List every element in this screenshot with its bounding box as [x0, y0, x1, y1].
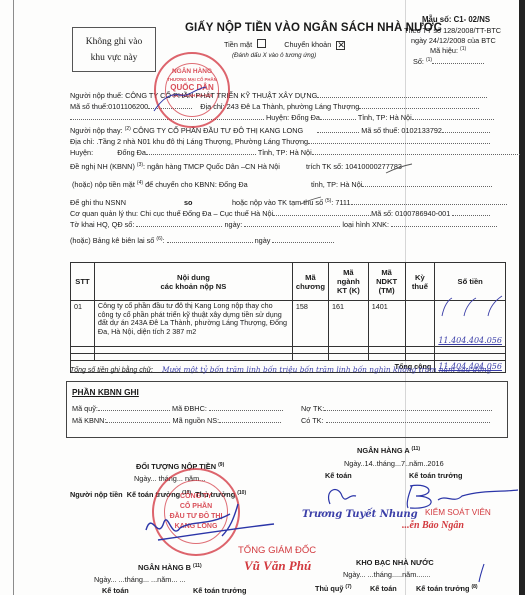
- amount-in-words-row: Tổng số tiền ghi bằng chữ:: [70, 367, 153, 374]
- words-label: Tổng số tiền ghi bằng chữ:: [70, 367, 153, 374]
- footnote: (3): [137, 162, 143, 168]
- no-entry-text: Không ghi vào: [73, 34, 155, 50]
- district-label: Huyện:: [266, 113, 289, 122]
- customs-row: Tờ khai HQ, QĐ số: ngày: loại hình XNK:: [70, 220, 497, 229]
- footnote: (11): [411, 446, 420, 452]
- bank-a-title: NGÂN HÀNG A: [357, 446, 409, 455]
- director-signature-icon: [138, 500, 278, 550]
- footnote: (5): [325, 198, 331, 204]
- district-label: Huyện:: [70, 148, 93, 157]
- taxpayer-district-row: Huyện: Đống Đa Tỉnh, TP: Hà Nội: [70, 113, 494, 122]
- check-marks-icon: [436, 292, 506, 322]
- transfer-label: Chuyển khoản: [284, 40, 331, 49]
- taxpayer-name-row: Người nộp thuế: CÔNG TY CỔ PHẦN PHÁT TRI…: [70, 91, 487, 100]
- tick-mark-icon: [476, 562, 486, 584]
- footnote: (7): [345, 584, 351, 590]
- bank-request-value: ngân hàng TMCP Quốc Dân –CN Hà Nội: [147, 162, 280, 171]
- district-value: Đống Đa: [117, 148, 146, 157]
- treasury-role-cashier: Thủ quỹ (7): [315, 584, 352, 593]
- cash-label: (hoặc) nộp tiền mặt: [72, 180, 135, 189]
- footnote: (6): [156, 236, 162, 242]
- tax-code-label: Mã số thuế:: [70, 102, 108, 111]
- payment-method: Tiền mặt Chuyển khoản ✕: [224, 39, 345, 50]
- receipt-row: (hoặc) Bảng kê biên lai số (6): ngày: [70, 236, 334, 245]
- receipt-label: (hoặc) Bảng kê biên lai số: [70, 236, 154, 245]
- no-entry-text: khu vực này: [73, 50, 155, 66]
- bank-b-date: Ngày... ...tháng... ...năm... ...: [94, 575, 186, 584]
- cell-chapter: 158: [292, 301, 328, 347]
- agency-label: Cơ quan quản lý thu:: [70, 209, 138, 218]
- bank-a-section-title: NGÂN HÀNG A (11): [357, 446, 420, 455]
- amount-in-words: Mười một tỷ bốn trăm linh bốn triệu bốn …: [162, 365, 518, 374]
- payer-behalf-address-row: Địa chỉ: .Tầng 2 nhà N01 khu đô thị Láng…: [70, 137, 490, 146]
- bank-b-section-title: NGÂN HÀNG B (11): [138, 563, 202, 572]
- bank-a-role-chief: Kế toán trưởng: [409, 471, 462, 480]
- cell-content: Công ty cổ phần đầu tư đô thị Kang Long …: [94, 301, 292, 347]
- customs-date-label: ngày:: [224, 220, 242, 229]
- cell-ndkt: 1401: [368, 301, 405, 347]
- tax-code-label: Mã số thuế:: [361, 126, 399, 135]
- cell-period: [405, 301, 435, 347]
- treasury-title: KHO BẠC NHÀ NƯỚC: [356, 558, 434, 567]
- budget-label: Để ghi thu NSNN: [70, 198, 126, 207]
- tax-code-value: 0101106200: [108, 102, 148, 111]
- bank-a-accountant-name: Trương Tuyết Nhung: [302, 509, 418, 520]
- treasury-role-chief: Kế toán trưởng (8): [416, 584, 478, 593]
- cash-transfer-value: Đống Đa: [219, 180, 248, 189]
- header-content: Nội dung các khoản nộp NS: [94, 263, 292, 301]
- table-row-empty: [71, 354, 506, 361]
- account-label: trích TK số:: [306, 162, 343, 171]
- header-period: Kỳ thuế: [405, 263, 435, 301]
- controller-title: KIỂM SOÁT VIÊN: [425, 508, 491, 517]
- footnote: (8): [471, 584, 477, 590]
- treasury-date: Ngày... ...tháng.....năm.......: [343, 570, 430, 579]
- address-label: Địa chỉ:: [70, 137, 94, 146]
- credit-label: Có TK:: [301, 416, 324, 425]
- amount-handwritten: 11.404.404.056: [438, 336, 502, 345]
- ma-hieu: Mã hiệu: (1): [430, 46, 466, 55]
- check-mark-icon: [384, 163, 414, 175]
- regulation-line: Theo TT số 128/2008/TT-BTC: [404, 26, 501, 35]
- so-field: Số: (1): [413, 57, 484, 66]
- kbnn-code-label: Mã KBNN:: [72, 416, 106, 425]
- debit-label: Nợ TK:: [301, 404, 324, 413]
- agency-row: Cơ quan quản lý thu: Chi cục thuế Đống Đ…: [70, 209, 490, 218]
- agency-value: Chi cục thuế Đống Đa – Cục thuế Hà Nội: [140, 209, 273, 218]
- bank-a-role-accountant: Kế toán: [325, 471, 352, 480]
- director-title: TỔNG GIÁM ĐỐC: [238, 545, 316, 556]
- cash-checkbox[interactable]: [257, 39, 266, 48]
- role-cashier: Thủ quỹ: [315, 584, 343, 593]
- tax-code-value: 0102133792: [401, 126, 442, 135]
- footnote: (1): [460, 46, 466, 52]
- so-label: Số:: [413, 57, 424, 66]
- budget-mark: so: [184, 198, 193, 207]
- source-code-label: Mã nguồn NS:: [173, 416, 220, 425]
- receipt-date-label: ngày: [255, 236, 271, 245]
- footnote: (4): [137, 180, 143, 186]
- agency-code-value: 0100786940-001: [395, 209, 450, 218]
- cell-sector: 161: [328, 301, 368, 347]
- bank-b-title: NGÂN HÀNG B: [138, 563, 191, 572]
- province-label: tỉnh, TP:: [311, 180, 338, 189]
- form-code: Mẫu số: C1- 02/NS: [422, 15, 490, 24]
- controller-name: ...ễn Bảo Ngân: [402, 520, 464, 531]
- province-value: Hà Nội: [389, 113, 411, 122]
- address-value: 243 Đê La Thành, phường Láng Thượng: [227, 102, 360, 111]
- document-page: Không ghi vào khu vực này GIẤY NỘP TIỀN …: [0, 0, 525, 595]
- temp-account-value: 7111: [335, 198, 350, 207]
- cash-label: Tiền mặt: [224, 40, 252, 49]
- cell-stt: 01: [71, 301, 95, 347]
- bank-b-role-chief: Kế toán trưởng: [193, 586, 246, 595]
- dbhc-label: Mã ĐBHC:: [172, 404, 207, 413]
- payment-note: (Đánh dấu X vào ô tương ứng): [232, 52, 316, 59]
- role-payer: Người nộp tiền: [70, 490, 123, 499]
- regulation-line: ngày 24/12/2008 của BTC: [411, 36, 496, 45]
- bank-b-role-accountant: Kế toán: [102, 586, 129, 595]
- no-entry-box: Không ghi vào khu vực này: [72, 27, 156, 72]
- treasury-role-accountant: Kế toán: [370, 584, 397, 593]
- kbnn-debit: Nợ TK:: [301, 404, 492, 413]
- payer-behalf-row: Người nộp thay: (2) CÔNG TY CỔ PHẦN ĐẦU …: [70, 126, 490, 135]
- temp-account: hoặc nộp vào TK tạm thu số (5): 7111: [232, 198, 507, 207]
- header-sector: Mã ngành KT (K): [328, 263, 368, 301]
- taxpayer-label: Người nộp thuế:: [70, 91, 123, 100]
- cash-transfer-label: để chuyển cho KBNN:: [145, 180, 217, 189]
- director-name: Vũ Văn Phú: [244, 558, 311, 574]
- taxpayer-code-row: Mã số thuế:0101106200 Địa chỉ: 243 Đê La…: [70, 102, 479, 111]
- customs-type-label: loại hình XNK:: [342, 220, 389, 229]
- kbnn-credit: Có TK:: [301, 416, 490, 425]
- kbnn-section: PHẦN KBNN GHI Mã quỹ: Mã ĐBHC: Nợ TK: Mã…: [66, 381, 508, 438]
- bank-signature-icon: [150, 85, 210, 115]
- province-label: Tỉnh, TP:: [358, 113, 387, 122]
- province-value: Hà Nội: [340, 180, 362, 189]
- header-ndkt: Mã NDKT (TM): [368, 263, 405, 301]
- cash-row: (hoặc) nộp tiền mặt (4) để chuyển cho KB…: [72, 180, 248, 189]
- address-value: .Tầng 2 nhà N01 khu đô thị Láng Thượng, …: [96, 137, 308, 146]
- footnote: (11): [193, 563, 202, 569]
- ma-hieu-label: Mã hiệu:: [430, 46, 458, 55]
- page-edge: [13, 0, 14, 595]
- kbnn-title: PHẦN KBNN GHI: [72, 387, 139, 397]
- role-chief-accountant: Kế toán trưởng: [416, 584, 469, 593]
- footnote: (10): [237, 490, 246, 496]
- payer-behalf-district-row: Huyện: Đống Đa Tỉnh, TP: Hà Nội: [70, 148, 520, 157]
- bank-a-date: Ngày..14..tháng...7..năm..2016: [344, 459, 444, 468]
- fund-code-label: Mã quỹ:: [72, 404, 98, 413]
- province-label: Tỉnh, TP:: [258, 148, 287, 157]
- footnote: (2): [125, 126, 131, 132]
- stamp-line: NGÂN HÀNG: [156, 68, 228, 76]
- payer-behalf-label: Người nộp thay:: [70, 126, 123, 135]
- bank-request-label: Đề nghị NH (KBNN): [70, 162, 135, 171]
- kbnn-row-1: Mã quỹ: Mã ĐBHC:: [72, 404, 283, 413]
- header-chapter: Mã chương: [292, 263, 328, 301]
- footnote: (9): [218, 462, 224, 468]
- district-value: Đống Đa: [291, 113, 320, 122]
- agency-code-label: Mã số:: [371, 209, 393, 218]
- budget-row: Để ghi thu NSNN: [70, 198, 126, 207]
- transfer-checkbox[interactable]: ✕: [336, 41, 345, 50]
- table-row-empty: [71, 347, 506, 354]
- province-value: Hà Nội: [289, 148, 311, 157]
- kbnn-row-2: Mã KBNN: Mã nguồn NS:: [72, 416, 281, 425]
- bank-request-row: Đề nghị NH (KBNN) (3): ngân hàng TMCP Qu…: [70, 162, 402, 171]
- payer-behalf-name: CÔNG TY CỔ PHẦN ĐẦU TƯ ĐÔ THỊ KANG LONG: [133, 126, 303, 135]
- check-mark-icon: [299, 196, 323, 206]
- customs-label: Tờ khai HQ, QĐ số:: [70, 220, 134, 229]
- header-stt: STT: [71, 263, 95, 301]
- cash-province: tỉnh, TP: Hà Nội: [311, 180, 492, 189]
